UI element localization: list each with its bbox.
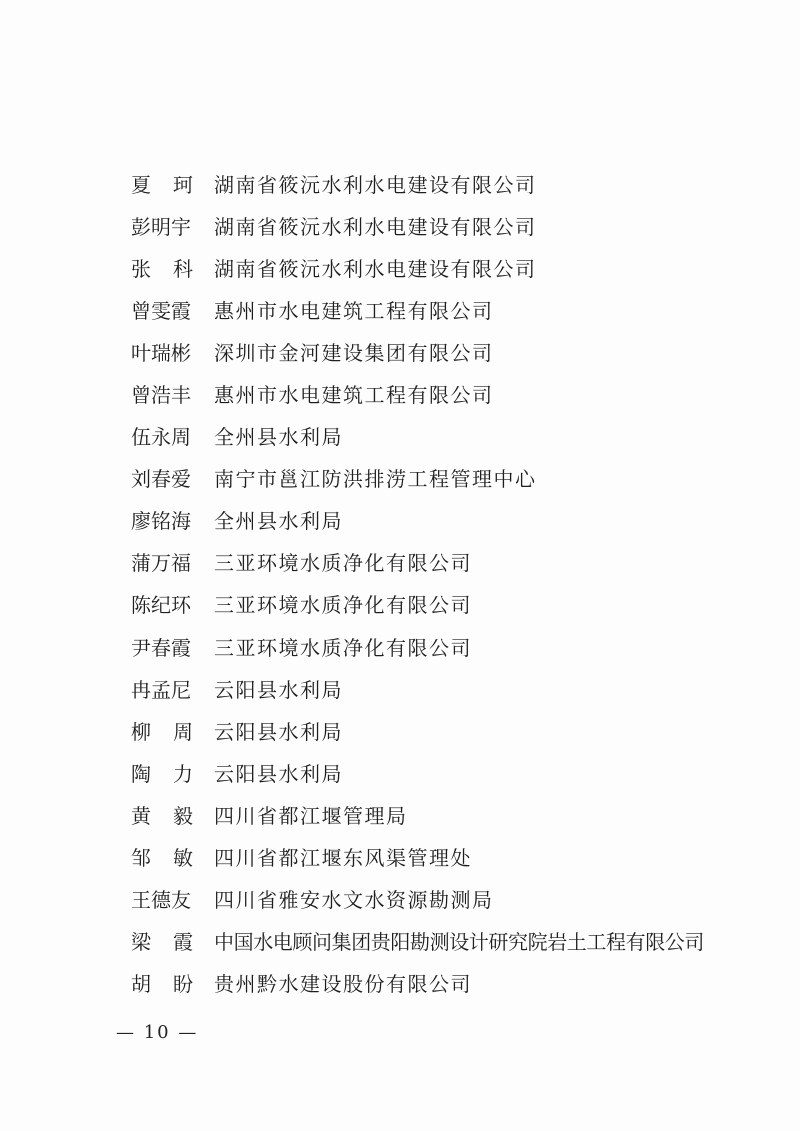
list-item: 梁霞 中国水电顾问集团贵阳勘测设计研究院岩土工程有限公司: [131, 920, 704, 962]
name-list: 夏珂 湖南省筱沅水利水电建设有限公司 彭明宇 湖南省筱沅水利水电建设有限公司 张…: [131, 162, 704, 1004]
page-number: — 10 —: [116, 1022, 198, 1043]
list-item: 张科 湖南省筱沅水利水电建设有限公司: [131, 246, 704, 288]
list-item: 彭明宇 湖南省筱沅水利水电建设有限公司: [131, 204, 704, 246]
list-item: 黄毅 四川省都江堰管理局: [131, 793, 704, 835]
list-item: 伍永周 全州县水利局: [131, 415, 704, 457]
organization: 湖南省筱沅水利水电建设有限公司: [214, 169, 537, 198]
organization: 三亚环境水质净化有限公司: [214, 632, 472, 661]
person-name: 曾雯霞: [131, 295, 214, 324]
person-name: 柳周: [131, 716, 193, 745]
person-name: 蒲万福: [131, 547, 214, 576]
list-item: 柳周 云阳县水利局: [131, 709, 704, 751]
organization: 全州县水利局: [214, 505, 343, 534]
organization: 贵州黔水建设股份有限公司: [214, 968, 472, 997]
list-item: 陶力 云阳县水利局: [131, 751, 704, 793]
name-char: 力: [173, 758, 193, 787]
list-item: 夏珂 湖南省筱沅水利水电建设有限公司: [131, 162, 704, 204]
organization: 云阳县水利局: [214, 716, 343, 745]
organization: 湖南省筱沅水利水电建设有限公司: [214, 253, 537, 282]
name-char: 盼: [173, 968, 193, 997]
list-item: 蒲万福 三亚环境水质净化有限公司: [131, 541, 704, 583]
organization: 三亚环境水质净化有限公司: [214, 589, 472, 618]
person-name: 刘春爱: [131, 463, 214, 492]
person-name: 叶瑞彬: [131, 337, 214, 366]
organization: 四川省都江堰东风渠管理处: [214, 842, 472, 871]
person-name: 张科: [131, 253, 193, 282]
name-char: 柳: [131, 716, 151, 745]
list-item: 陈纪环 三亚环境水质净化有限公司: [131, 583, 704, 625]
person-name: 邹敏: [131, 842, 193, 871]
list-item: 廖铭海 全州县水利局: [131, 499, 704, 541]
document-page: 夏珂 湖南省筱沅水利水电建设有限公司 彭明宇 湖南省筱沅水利水电建设有限公司 张…: [0, 0, 800, 1131]
organization: 惠州市水电建筑工程有限公司: [214, 379, 494, 408]
person-name: 冉孟尼: [131, 674, 214, 703]
name-char: 梁: [131, 926, 151, 955]
list-item: 刘春爱 南宁市邕江防洪排涝工程管理中心: [131, 457, 704, 499]
name-char: 张: [131, 253, 151, 282]
list-item: 曾雯霞 惠州市水电建筑工程有限公司: [131, 288, 704, 330]
person-name: 尹春霞: [131, 632, 214, 661]
name-char: 胡: [131, 968, 151, 997]
name-char: 周: [173, 716, 193, 745]
organization: 云阳县水利局: [214, 758, 343, 787]
organization: 南宁市邕江防洪排涝工程管理中心: [214, 463, 537, 492]
organization: 云阳县水利局: [214, 674, 343, 703]
person-name: 陈纪环: [131, 589, 214, 618]
organization: 湖南省筱沅水利水电建设有限公司: [214, 211, 537, 240]
person-name: 黄毅: [131, 800, 193, 829]
person-name: 胡盼: [131, 968, 193, 997]
organization: 惠州市水电建筑工程有限公司: [214, 295, 494, 324]
organization: 四川省都江堰管理局: [214, 800, 408, 829]
person-name: 曾浩丰: [131, 379, 214, 408]
organization: 四川省雅安水文水资源勘测局: [214, 884, 494, 913]
name-char: 毅: [173, 800, 193, 829]
person-name: 彭明宇: [131, 211, 214, 240]
name-char: 邹: [131, 842, 151, 871]
organization: 深圳市金河建设集团有限公司: [214, 337, 494, 366]
name-char: 科: [173, 253, 193, 282]
person-name: 王德友: [131, 884, 214, 913]
person-name: 伍永周: [131, 421, 214, 450]
organization: 全州县水利局: [214, 421, 343, 450]
list-item: 胡盼 贵州黔水建设股份有限公司: [131, 962, 704, 1004]
name-char: 霞: [173, 926, 193, 955]
organization: 三亚环境水质净化有限公司: [214, 547, 472, 576]
person-name: 梁霞: [131, 926, 193, 955]
name-char: 黄: [131, 800, 151, 829]
person-name: 廖铭海: [131, 505, 214, 534]
person-name: 夏珂: [131, 169, 193, 198]
list-item: 冉孟尼 云阳县水利局: [131, 667, 704, 709]
list-item: 邹敏 四川省都江堰东风渠管理处: [131, 836, 704, 878]
name-char: 敏: [173, 842, 193, 871]
organization: 中国水电顾问集团贵阳勘测设计研究院岩土工程有限公司: [214, 926, 704, 955]
name-char: 珂: [173, 169, 193, 198]
name-char: 陶: [131, 758, 151, 787]
list-item: 尹春霞 三亚环境水质净化有限公司: [131, 625, 704, 667]
list-item: 叶瑞彬 深圳市金河建设集团有限公司: [131, 330, 704, 372]
list-item: 曾浩丰 惠州市水电建筑工程有限公司: [131, 372, 704, 414]
person-name: 陶力: [131, 758, 193, 787]
name-char: 夏: [131, 169, 151, 198]
list-item: 王德友 四川省雅安水文水资源勘测局: [131, 878, 704, 920]
